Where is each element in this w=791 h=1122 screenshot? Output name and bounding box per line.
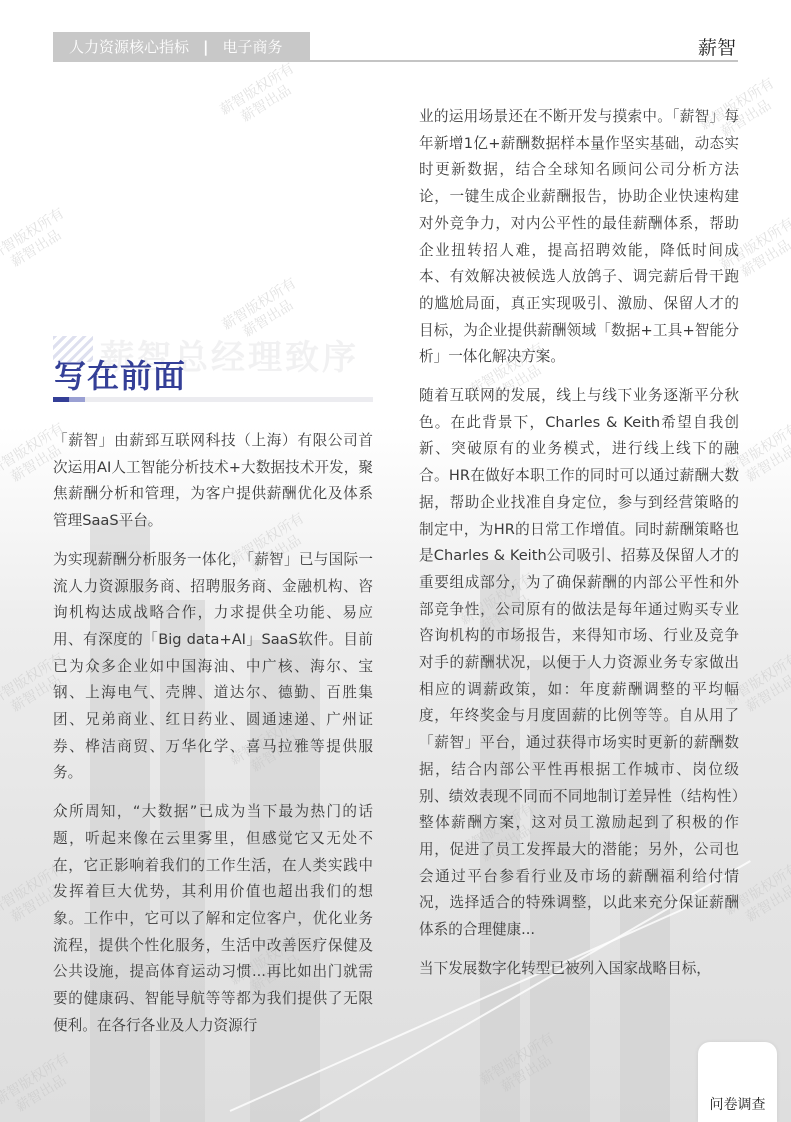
paragraph: 当下发展数字化转型已被列入国家战略目标， [419, 956, 739, 983]
paragraph: 为实现薪酬分析服务一体化，「薪智」已与国际一流人力资源服务商、招聘服务商、金融机… [53, 547, 373, 787]
header-separator: | [203, 32, 208, 62]
survey-button-label: 问卷调查 [698, 1094, 777, 1114]
right-text-column: 业的运用场景还在不断开发与摸索中。「薪智」每年新增1亿+薪酬数据样本量作坚实基础… [419, 104, 739, 995]
header-section-label: 人力资源核心指标 [69, 38, 189, 56]
title-underline-bar [53, 397, 373, 402]
paragraph: 随着互联网的发展，线上与线下业务逐渐平分秋色。在此背景下，Charles & K… [419, 383, 739, 944]
title-underline-accent [53, 397, 69, 402]
header-section-tab: 人力资源核心指标|电子商务 [53, 32, 310, 62]
brand-logo-text: 薪智 [698, 33, 736, 60]
left-text-column: 「薪智」由薪郅互联网科技（上海）有限公司首次运用AI人工智能分析技术+大数据技术… [53, 428, 373, 1051]
survey-button[interactable]: 问卷调查 [698, 1042, 777, 1122]
paragraph: 众所周知，“大数据”已成为当下最为热门的话题，听起来像在云里雾里，但感觉它又无处… [53, 799, 373, 1039]
paragraph: 「薪智」由薪郅互联网科技（上海）有限公司首次运用AI人工智能分析技术+大数据技术… [53, 428, 373, 535]
header-divider [310, 60, 738, 62]
page-title: 写在前面 [54, 351, 186, 397]
paragraph: 业的运用场景还在不断开发与摸索中。「薪智」每年新增1亿+薪酬数据样本量作坚实基础… [419, 104, 739, 371]
title-underline-accent-light [69, 397, 85, 402]
header-industry-label: 电子商务 [223, 38, 283, 56]
